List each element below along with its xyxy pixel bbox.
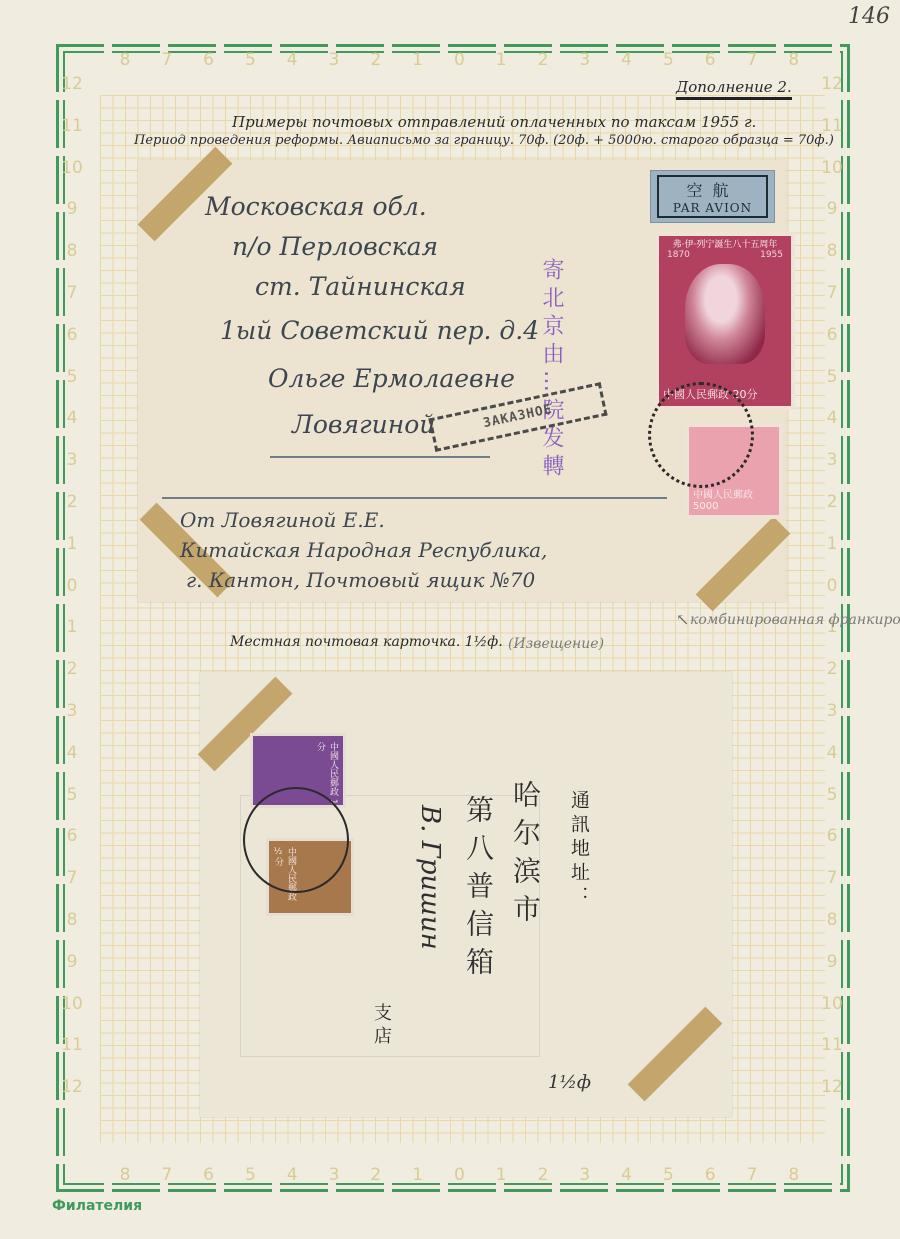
ruler-label: 8: [113, 50, 137, 70]
postmark-circle: [648, 382, 754, 488]
ruler-label: 9: [820, 952, 844, 972]
ruler-label: 3: [322, 50, 346, 70]
annotation-note: комбинированная франкировка: [690, 612, 900, 628]
ruler-label: 10: [820, 994, 844, 1014]
ruler-label: 6: [698, 1165, 722, 1185]
ruler-label: 9: [60, 199, 84, 219]
ruler-label: 4: [820, 743, 844, 763]
ruler-label: 5: [60, 785, 84, 805]
ruler-label: 0: [447, 1165, 471, 1185]
ruler-label: 12: [60, 1077, 84, 1097]
ruler-label: 1: [489, 50, 513, 70]
ruler-label: 7: [155, 1165, 179, 1185]
ruler-label: 6: [60, 325, 84, 345]
ruler-label: 6: [820, 826, 844, 846]
ruler-label: 2: [820, 492, 844, 512]
ruler-label: 2: [364, 1165, 388, 1185]
recipient-line: п/о Перловская: [232, 232, 438, 261]
ruler-label: 5: [820, 785, 844, 805]
handwritten-box: 第八普信箱: [458, 795, 498, 985]
ruler-label: 0: [820, 576, 844, 596]
fee-note: 1½ф: [548, 1072, 591, 1093]
ruler-label: 11: [60, 116, 84, 136]
ruler-label: 8: [820, 910, 844, 930]
ruler-label: 3: [573, 50, 597, 70]
ruler-label: 7: [60, 283, 84, 303]
ruler-label: 2: [531, 50, 555, 70]
ruler-label: 7: [60, 868, 84, 888]
ruler-label: 5: [656, 50, 680, 70]
ruler-label: 1: [489, 1165, 513, 1185]
ruler-label: 11: [820, 1035, 844, 1055]
airmail-label-cn: 空航: [659, 178, 766, 201]
ruler-label: 2: [60, 492, 84, 512]
recipient-line: Московская обл.: [205, 192, 427, 221]
ruler-label: 0: [60, 576, 84, 596]
recipient-line: Ловягиной: [292, 410, 435, 439]
supplement-label: Дополнение 2.: [676, 78, 792, 100]
page-subtitle: Период проведения реформы. Авиаписьмо за…: [134, 133, 834, 148]
ruler-label: 6: [820, 325, 844, 345]
ruler-label: 2: [531, 1165, 555, 1185]
ruler-label: 12: [820, 74, 844, 94]
ruler-label: 3: [322, 1165, 346, 1185]
ruler-label: 4: [820, 408, 844, 428]
stamp-year-start: 1870: [667, 250, 690, 260]
ruler-label: 9: [60, 952, 84, 972]
underline: [270, 456, 490, 458]
sender-line: От Ловягиной Е.Е.: [180, 508, 385, 532]
ruler-label: 1: [820, 534, 844, 554]
ruler-label: 10: [820, 158, 844, 178]
ruler-label: 8: [60, 910, 84, 930]
card-heading: Местная почтовая карточка. 1½ф.: [230, 634, 503, 650]
airmail-label: 空航 PAR AVION: [650, 170, 775, 223]
ruler-label: 2: [364, 50, 388, 70]
ruler-label: 4: [60, 408, 84, 428]
airmail-label-en: PAR AVION: [659, 201, 766, 215]
ruler-label: 1: [60, 534, 84, 554]
ruler-label: 5: [238, 50, 262, 70]
ruler-label: 7: [155, 50, 179, 70]
ruler-label: 5: [60, 367, 84, 387]
ruler-label: 5: [238, 1165, 262, 1185]
stamp-caption: 弗·伊·列宁誕生八十五周年: [663, 237, 787, 250]
ruler-label: 2: [820, 659, 844, 679]
ruler-label: 8: [782, 50, 806, 70]
ruler-label: 0: [447, 50, 471, 70]
ruler-label: 1: [406, 1165, 430, 1185]
recipient-line: ст. Тайнинская: [255, 272, 466, 301]
violet-handstamp: 寄北京由…院发轉: [540, 258, 566, 482]
footer-brand: Филателия: [52, 1198, 142, 1214]
ruler-label: 9: [820, 199, 844, 219]
ruler-label: 3: [60, 450, 84, 470]
handwritten-city: 哈尔滨市: [505, 780, 545, 932]
arrow-icon: ↖: [676, 610, 689, 629]
ruler-label: 4: [615, 50, 639, 70]
stamp-year-end: 1955: [760, 250, 783, 260]
address-label: 通訊地址：: [566, 790, 593, 910]
ruler-label: 1: [60, 617, 84, 637]
ruler-label: 8: [60, 241, 84, 261]
ruler-label: 12: [60, 74, 84, 94]
lenin-portrait-icon: [685, 264, 765, 364]
handwritten-name: В. Гришин: [415, 805, 445, 950]
ruler-label: 11: [60, 1035, 84, 1055]
ruler-label: 7: [820, 283, 844, 303]
mount-corner-bottom-right: [696, 517, 791, 612]
ruler-label: 1: [406, 50, 430, 70]
sender-line: Китайская Народная Республика,: [180, 538, 547, 562]
ruler-label: 8: [820, 241, 844, 261]
ruler-label: 3: [60, 701, 84, 721]
ruler-label: 6: [60, 826, 84, 846]
recipient-line: Ольге Ермолаевне: [268, 364, 515, 393]
ruler-label: 8: [113, 1165, 137, 1185]
ruler-label: 3: [820, 701, 844, 721]
ruler-label: 10: [60, 994, 84, 1014]
divider-line: [162, 497, 667, 499]
ruler-label: 4: [60, 743, 84, 763]
page-number: 146: [848, 4, 890, 29]
ruler-label: 2: [60, 659, 84, 679]
ruler-label: 4: [280, 50, 304, 70]
ruler-label: 7: [740, 50, 764, 70]
ruler-label: 6: [197, 50, 221, 70]
ruler-label: 7: [740, 1165, 764, 1185]
stamp-denomination: 中國人民郵政 5000: [693, 486, 775, 512]
ruler-label: 3: [820, 450, 844, 470]
ruler-label: 8: [782, 1165, 806, 1185]
recipient-line: 1ый Советский пер. д.4: [220, 316, 539, 345]
postmark-circle: [243, 787, 349, 893]
sender-line: г. Кантон, Почтовый ящик №70: [186, 568, 535, 592]
ruler-label: 3: [573, 1165, 597, 1185]
ruler-label: 7: [820, 868, 844, 888]
ruler-label: 4: [280, 1165, 304, 1185]
ruler-label: 5: [820, 367, 844, 387]
ruler-label: 5: [656, 1165, 680, 1185]
ruler-label: 4: [615, 1165, 639, 1185]
ruler-label: 6: [698, 50, 722, 70]
page-title: Примеры почтовых отправлений оплаченных …: [232, 113, 756, 131]
branch-label: 支店: [368, 1003, 394, 1049]
mount-corner-bottom-right: [628, 1007, 723, 1102]
card-heading-note: (Извещение): [508, 636, 604, 652]
ruler-label: 12: [820, 1077, 844, 1097]
ruler-label: 10: [60, 158, 84, 178]
ruler-label: 6: [197, 1165, 221, 1185]
stamp-lenin-20f: 弗·伊·列宁誕生八十五周年 1870 1955 中國人民郵政 20分: [655, 232, 795, 410]
